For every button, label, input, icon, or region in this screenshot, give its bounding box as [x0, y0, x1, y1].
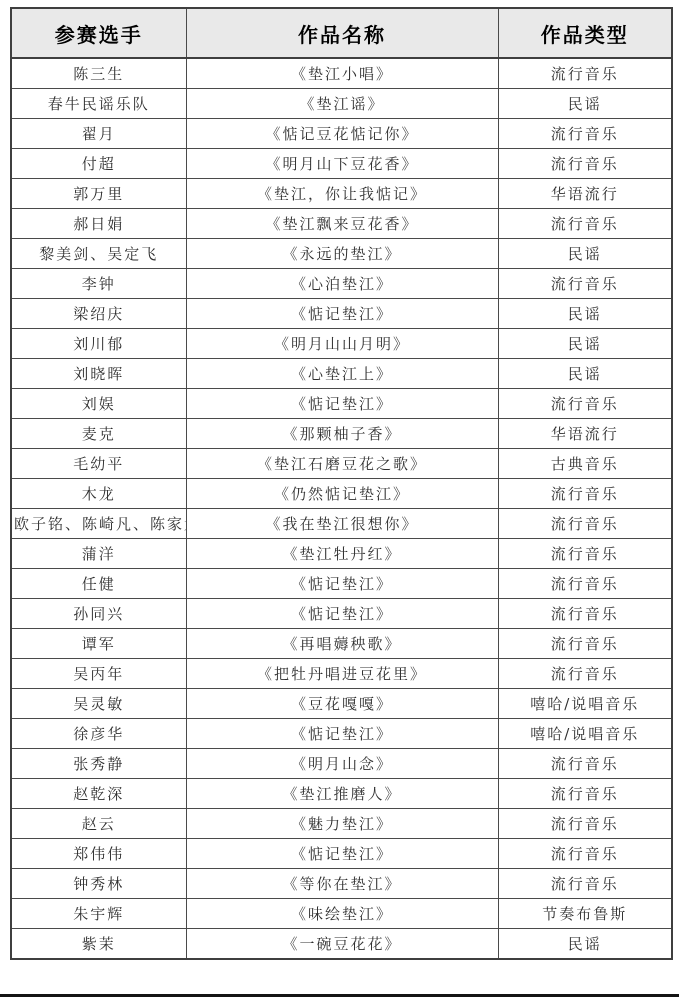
contestant-cell: 郝日娟: [11, 209, 186, 239]
work-title-cell: 《一碗豆花花》: [186, 929, 498, 960]
work-title-cell: 《把牡丹唱进豆花里》: [186, 659, 498, 689]
table-row: 毛幼平《垫江石磨豆花之歌》古典音乐: [11, 449, 672, 479]
contestant-cell: 郭万里: [11, 179, 186, 209]
work-title-cell: 《等你在垫江》: [186, 869, 498, 899]
contestant-cell: 刘晓晖: [11, 359, 186, 389]
table-row: 刘晓晖《心垫江上》民谣: [11, 359, 672, 389]
table-row: 刘娱《惦记垫江》流行音乐: [11, 389, 672, 419]
table-row: 紫茉《一碗豆花花》民谣: [11, 929, 672, 960]
work-title-cell: 《永远的垫江》: [186, 239, 498, 269]
work-type-cell: 流行音乐: [498, 629, 672, 659]
work-type-cell: 节奏布鲁斯: [498, 899, 672, 929]
contestant-cell: 李钟: [11, 269, 186, 299]
contestant-cell: 紫茉: [11, 929, 186, 960]
work-type-cell: 流行音乐: [498, 749, 672, 779]
contestant-cell: 刘川郁: [11, 329, 186, 359]
work-title-cell: 《垫江，你让我惦记》: [186, 179, 498, 209]
contestant-cell: 陈三生: [11, 58, 186, 89]
work-type-cell: 流行音乐: [498, 389, 672, 419]
table-row: 梁绍庆《惦记垫江》民谣: [11, 299, 672, 329]
work-title-cell: 《惦记垫江》: [186, 569, 498, 599]
work-type-cell: 流行音乐: [498, 539, 672, 569]
table-row: 徐彦华《惦记垫江》嘻哈/说唱音乐: [11, 719, 672, 749]
contestant-cell: 欧子铭、陈崎凡、陈家元: [11, 509, 186, 539]
work-title-cell: 《垫江谣》: [186, 89, 498, 119]
work-type-cell: 华语流行: [498, 179, 672, 209]
table-row: 欧子铭、陈崎凡、陈家元《我在垫江很想你》流行音乐: [11, 509, 672, 539]
work-title-cell: 《垫江小唱》: [186, 58, 498, 89]
work-type-cell: 流行音乐: [498, 659, 672, 689]
contestant-cell: 付超: [11, 149, 186, 179]
work-title-cell: 《豆花嘎嘎》: [186, 689, 498, 719]
table-row: 陈三生《垫江小唱》流行音乐: [11, 58, 672, 89]
work-type-cell: 嘻哈/说唱音乐: [498, 719, 672, 749]
table-row: 孙同兴《惦记垫江》流行音乐: [11, 599, 672, 629]
work-type-cell: 流行音乐: [498, 479, 672, 509]
header-row: 参赛选手 作品名称 作品类型: [11, 8, 672, 58]
work-type-cell: 流行音乐: [498, 779, 672, 809]
table-row: 郭万里《垫江，你让我惦记》华语流行: [11, 179, 672, 209]
table-row: 木龙《仍然惦记垫江》流行音乐: [11, 479, 672, 509]
work-type-cell: 流行音乐: [498, 509, 672, 539]
work-type-cell: 民谣: [498, 929, 672, 960]
work-type-cell: 民谣: [498, 239, 672, 269]
work-type-cell: 流行音乐: [498, 599, 672, 629]
contestant-cell: 黎美剑、吴定飞: [11, 239, 186, 269]
work-type-cell: 流行音乐: [498, 569, 672, 599]
table-row: 郑伟伟《惦记垫江》流行音乐: [11, 839, 672, 869]
work-type-cell: 流行音乐: [498, 869, 672, 899]
contestant-cell: 麦克: [11, 419, 186, 449]
work-title-cell: 《那颗柚子香》: [186, 419, 498, 449]
contestant-cell: 谭军: [11, 629, 186, 659]
table-row: 钟秀林《等你在垫江》流行音乐: [11, 869, 672, 899]
contestant-cell: 赵云: [11, 809, 186, 839]
table-row: 任健《惦记垫江》流行音乐: [11, 569, 672, 599]
work-title-cell: 《垫江飘来豆花香》: [186, 209, 498, 239]
contestant-cell: 梁绍庆: [11, 299, 186, 329]
contestant-cell: 毛幼平: [11, 449, 186, 479]
contestant-cell: 吴丙年: [11, 659, 186, 689]
work-type-cell: 流行音乐: [498, 839, 672, 869]
contestant-cell: 木龙: [11, 479, 186, 509]
work-title-cell: 《仍然惦记垫江》: [186, 479, 498, 509]
table-row: 赵乾深《垫江推磨人》流行音乐: [11, 779, 672, 809]
table-row: 翟月《惦记豆花惦记你》流行音乐: [11, 119, 672, 149]
document-page: 参赛选手 作品名称 作品类型 陈三生《垫江小唱》流行音乐春牛民谣乐队《垫江谣》民…: [0, 0, 679, 1001]
table-row: 赵云《魅力垫江》流行音乐: [11, 809, 672, 839]
contestant-cell: 郑伟伟: [11, 839, 186, 869]
table-row: 朱宇辉《味绘垫江》节奏布鲁斯: [11, 899, 672, 929]
work-type-cell: 华语流行: [498, 419, 672, 449]
table-row: 蒲洋《垫江牡丹红》流行音乐: [11, 539, 672, 569]
work-title-cell: 《惦记垫江》: [186, 839, 498, 869]
work-type-cell: 民谣: [498, 359, 672, 389]
work-type-cell: 民谣: [498, 299, 672, 329]
work-title-cell: 《再唱薅秧歌》: [186, 629, 498, 659]
work-type-cell: 流行音乐: [498, 149, 672, 179]
work-title-cell: 《惦记垫江》: [186, 599, 498, 629]
work-type-cell: 流行音乐: [498, 269, 672, 299]
work-type-cell: 流行音乐: [498, 58, 672, 89]
work-type-cell: 古典音乐: [498, 449, 672, 479]
work-type-cell: 流行音乐: [498, 209, 672, 239]
table-row: 吴丙年《把牡丹唱进豆花里》流行音乐: [11, 659, 672, 689]
work-title-cell: 《垫江牡丹红》: [186, 539, 498, 569]
work-title-cell: 《明月山念》: [186, 749, 498, 779]
table-row: 黎美剑、吴定飞《永远的垫江》民谣: [11, 239, 672, 269]
work-title-cell: 《垫江石磨豆花之歌》: [186, 449, 498, 479]
col-header-work-type: 作品类型: [498, 8, 672, 58]
col-header-contestant: 参赛选手: [11, 8, 186, 58]
table-row: 郝日娟《垫江飘来豆花香》流行音乐: [11, 209, 672, 239]
work-title-cell: 《心泊垫江》: [186, 269, 498, 299]
contestant-cell: 翟月: [11, 119, 186, 149]
table-row: 刘川郁《明月山山月明》民谣: [11, 329, 672, 359]
contestant-cell: 刘娱: [11, 389, 186, 419]
table-row: 春牛民谣乐队《垫江谣》民谣: [11, 89, 672, 119]
contestant-cell: 孙同兴: [11, 599, 186, 629]
contestant-cell: 张秀静: [11, 749, 186, 779]
work-title-cell: 《垫江推磨人》: [186, 779, 498, 809]
work-title-cell: 《明月山山月明》: [186, 329, 498, 359]
table-body: 陈三生《垫江小唱》流行音乐春牛民谣乐队《垫江谣》民谣翟月《惦记豆花惦记你》流行音…: [11, 58, 672, 959]
work-title-cell: 《味绘垫江》: [186, 899, 498, 929]
contestant-cell: 任健: [11, 569, 186, 599]
contest-entries-table: 参赛选手 作品名称 作品类型 陈三生《垫江小唱》流行音乐春牛民谣乐队《垫江谣》民…: [10, 7, 673, 960]
contestant-cell: 钟秀林: [11, 869, 186, 899]
table-row: 吴灵敏《豆花嘎嘎》嘻哈/说唱音乐: [11, 689, 672, 719]
table-row: 付超《明月山下豆花香》流行音乐: [11, 149, 672, 179]
work-type-cell: 嘻哈/说唱音乐: [498, 689, 672, 719]
work-type-cell: 民谣: [498, 89, 672, 119]
bottom-rule: [0, 994, 679, 997]
table-row: 麦克《那颗柚子香》华语流行: [11, 419, 672, 449]
table-row: 李钟《心泊垫江》流行音乐: [11, 269, 672, 299]
work-title-cell: 《我在垫江很想你》: [186, 509, 498, 539]
work-type-cell: 流行音乐: [498, 119, 672, 149]
contestant-cell: 春牛民谣乐队: [11, 89, 186, 119]
contestant-cell: 徐彦华: [11, 719, 186, 749]
work-title-cell: 《惦记垫江》: [186, 389, 498, 419]
contestant-cell: 蒲洋: [11, 539, 186, 569]
work-title-cell: 《惦记豆花惦记你》: [186, 119, 498, 149]
table-row: 张秀静《明月山念》流行音乐: [11, 749, 672, 779]
work-title-cell: 《明月山下豆花香》: [186, 149, 498, 179]
table-row: 谭军《再唱薅秧歌》流行音乐: [11, 629, 672, 659]
work-title-cell: 《魅力垫江》: [186, 809, 498, 839]
work-type-cell: 民谣: [498, 329, 672, 359]
col-header-work-title: 作品名称: [186, 8, 498, 58]
work-type-cell: 流行音乐: [498, 809, 672, 839]
work-title-cell: 《心垫江上》: [186, 359, 498, 389]
work-title-cell: 《惦记垫江》: [186, 719, 498, 749]
contestant-cell: 朱宇辉: [11, 899, 186, 929]
contestant-cell: 赵乾深: [11, 779, 186, 809]
work-title-cell: 《惦记垫江》: [186, 299, 498, 329]
contestant-cell: 吴灵敏: [11, 689, 186, 719]
